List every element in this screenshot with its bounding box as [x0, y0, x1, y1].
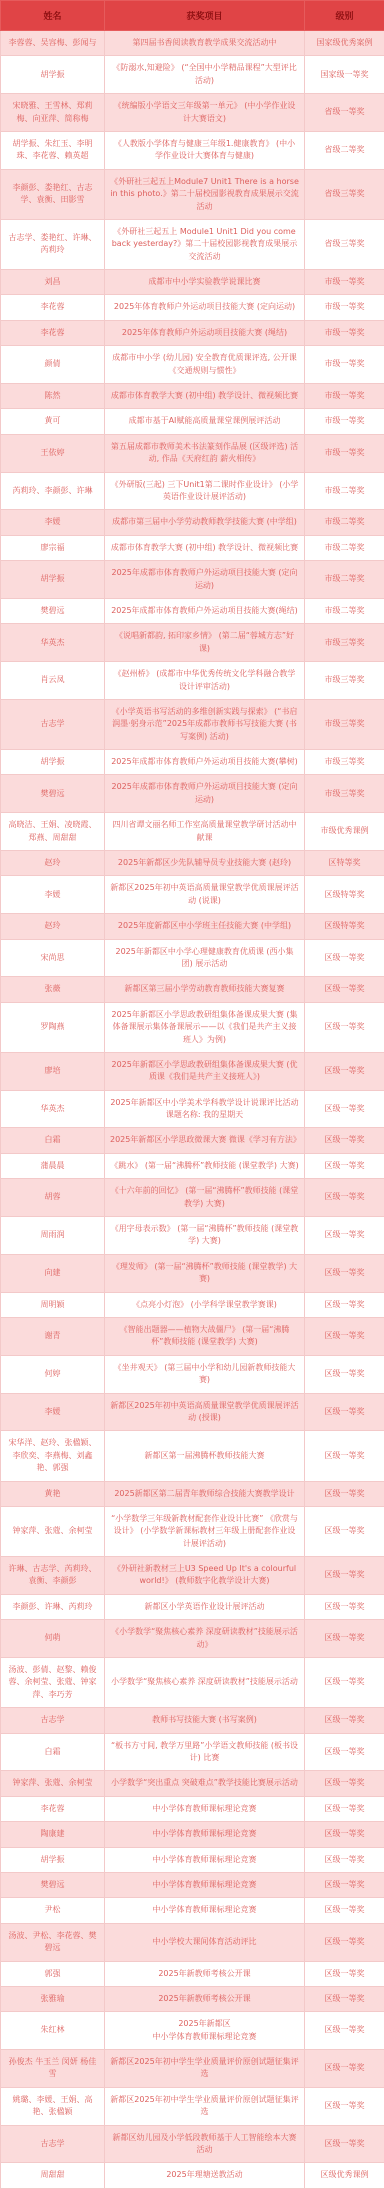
award-level-cell: 区级一等奖 [305, 1594, 384, 1619]
teacher-names-cell: 胡学振 [1, 56, 105, 94]
award-level-cell: 市级三等奖 [305, 750, 384, 775]
table-row: 向建 《理发师》 (第一届“沸腾杯”教师技能 (课堂教学) 大赛) 区级一等奖 [1, 1254, 384, 1292]
teacher-names-cell: 李媛 [1, 1393, 105, 1431]
award-project-cell: 《小学英语书写活动的多维创新实践与探索》 (“书启润墨·躬身示范”2025年成都… [105, 699, 305, 749]
column-header-project: 获奖项目 [105, 1, 305, 31]
teacher-names-cell: 李媛 [1, 876, 105, 914]
award-project-cell: 2025年成都市体育教师户外运动项目技能大赛(绳结) [105, 598, 305, 623]
teacher-names-cell: 古志学 [1, 2125, 105, 2163]
table-row: 胡蓉 《十六年前的回忆》 (第一届“沸腾杯”教师技能 (课堂教学) 大赛) 区级… [1, 1179, 384, 1217]
award-level-cell: 区级一等奖 [305, 1822, 384, 1847]
teacher-names-cell: 黄可 [1, 409, 105, 434]
award-project-cell: 成都市中小学 (幼儿园) 安全教育优质课评选, 公开课《交通规则与惯性》 [105, 346, 305, 384]
table-row: 李颜彭、许琳、芮莉玲 新都区小学英语作业设计展评活动 区级一等奖 [1, 1594, 384, 1619]
table-row: 古志学 新都区幼儿园及小学低段教师基于人工智能绘本大赛活动 区级一等奖 [1, 2125, 384, 2163]
teacher-names-cell: 汤波、尹松、李花蓉、樊碧远 [1, 1923, 105, 1961]
awards-table-body: 李蓉蓉、吴容梅、彭闻与 第四届书香阅读教育教学成果交流活动中 国家级优秀案例 胡… [1, 31, 384, 2189]
award-project-cell: 四川省谭文丽名师工作室高质量课堂教学研讨活动中献课 [105, 813, 305, 851]
teacher-names-cell: 白霜 [1, 1128, 105, 1153]
award-level-cell: 省级三等奖 [305, 169, 384, 219]
award-level-cell: 市级一等奖 [305, 346, 384, 384]
teacher-names-cell: 陈然 [1, 384, 105, 409]
award-project-cell: 第四届书香阅读教育教学成果交流活动中 [105, 31, 305, 56]
award-level-cell: 区级一等奖 [305, 1771, 384, 1796]
award-level-cell: 省级一等奖 [305, 94, 384, 132]
award-level-cell: 区级一等奖 [305, 2012, 384, 2050]
teacher-names-cell: 王依婷 [1, 434, 105, 472]
award-level-cell: 区级一等奖 [305, 1052, 384, 1090]
award-project-cell: 2025年新都区少先队辅导员专业技能大赛 (赵玲) [105, 851, 305, 876]
table-row: 周雨润 《用字母表示数》 (第一届“沸腾杯”教师技能 (课堂教学) 大赛) 区级… [1, 1217, 384, 1255]
table-row: 蒲晨晨 《跳水》 (第一届“沸腾杯”教师技能 (课堂教学) 大赛) 区级一等奖 [1, 1153, 384, 1178]
award-project-cell: 新都区2025年初中英语高质量课堂教学优质课展评活动 (说课) [105, 876, 305, 914]
award-level-cell: 市级一等奖 [305, 434, 384, 472]
award-project-cell: 2025年新都区 中小学体育教师课标理论竞赛 [105, 2012, 305, 2050]
teacher-names-cell: 黄艳 [1, 1481, 105, 1506]
award-project-cell: 2025年成都市体育教师户外运动项目技能大赛 (定向运动) [105, 561, 305, 599]
teacher-names-cell: 华英杰 [1, 1090, 105, 1128]
award-level-cell: 区级优秀课例 [305, 2163, 384, 2188]
teacher-names-cell: 宋晓雅、王雪林、郑莉梅、向亚萍、简称梅 [1, 94, 105, 132]
teacher-names-cell: 孙俊杰 牛玉兰 闵妍 杨佳雪 [1, 2050, 105, 2088]
teacher-names-cell: 赵玲 [1, 851, 105, 876]
award-project-cell: 《外研版(三起) 三下Unit1第二课时作业设计》 (小学英语作业设计展评活动) [105, 472, 305, 510]
table-row: 黄艳 2025新都区第二届青年教师综合技能大赛教学设计 区级一等奖 [1, 1481, 384, 1506]
award-project-cell: 中小学体育教师课标理论竞赛 [105, 1847, 305, 1872]
award-project-cell: 《赵州桥》 (成都市中华优秀传统文化学科融合教学设计评审活动) [105, 662, 305, 700]
teacher-names-cell: 古志学 [1, 1708, 105, 1733]
award-project-cell: 中小学体育教师课标理论竞赛 [105, 1872, 305, 1897]
teacher-names-cell: 胡学振 [1, 750, 105, 775]
teacher-names-cell: 周雨润 [1, 1217, 105, 1255]
award-level-cell: 区级特等奖 [305, 876, 384, 914]
award-level-cell: 市级三等奖 [305, 775, 384, 813]
award-project-cell: 《说唱新都韵, 拓印家乡情》 (第二届“蓉城方志”好课) [105, 624, 305, 662]
table-row: 胡学振 中小学体育教师课标理论竞赛 区级一等奖 [1, 1847, 384, 1872]
teacher-names-cell: 许琳、古志学、芮莉玲、袁衡、李颜彭 [1, 1557, 105, 1595]
award-level-cell: 区级一等奖 [305, 1217, 384, 1255]
table-row: 刘昌 成都市中小学实验教学说课比赛 市级一等奖 [1, 270, 384, 295]
table-row: 华英杰 2025年新都区中小学美术学科教学设计说课评比活动 课题名称: 我的星期… [1, 1090, 384, 1128]
table-row: 宋晓雅、王雪林、郑莉梅、向亚萍、简称梅 《统编版小学语文三年级第一单元》 (中小… [1, 94, 384, 132]
award-level-cell: 区级一等奖 [305, 1506, 384, 1556]
teacher-names-cell: 胡学振、朱红玉、李明珠、李花蓉、赖英超 [1, 131, 105, 169]
teacher-names-cell: 李花蓉 [1, 320, 105, 345]
award-project-cell: “小学数学三年级新教材配套作业设计比赛” 《欣赏与设计》 (小学数学新课标教材三… [105, 1506, 305, 1556]
teacher-names-cell: 古志学、娄艳红、许琳、芮莉玲 [1, 219, 105, 269]
teacher-names-cell: 钟家萍、张蔻、余柯莹 [1, 1506, 105, 1556]
award-project-cell: “板书方寸间, 教学万里路”小学语文教师技能 (板书设计) 比赛 [105, 1733, 305, 1771]
table-row: 尹松 中小学体育教师课标理论竞赛 区级一等奖 [1, 1898, 384, 1923]
award-level-cell: 市级一等奖 [305, 384, 384, 409]
award-level-cell: 区级一等奖 [305, 1179, 384, 1217]
award-project-cell: 《外研社新教材三上U3 Speed Up It's a colourful wo… [105, 1557, 305, 1595]
award-level-cell: 市级三等奖 [305, 699, 384, 749]
award-level-cell: 区级一等奖 [305, 1708, 384, 1733]
teacher-names-cell: 汤波、彭倩、赵黎、赖俊蓉、余柯莹、张蔻、钟家萍、李巧芳 [1, 1658, 105, 1708]
award-level-cell: 市级二等奖 [305, 598, 384, 623]
award-level-cell: 区级一等奖 [305, 1393, 384, 1431]
award-project-cell: 新都区第一届沸腾杯教师技能大赛 [105, 1431, 305, 1481]
teacher-names-cell: 樊碧远 [1, 1872, 105, 1897]
award-project-cell: 2025年体育教师户外运动项目技能大赛 (定向运动) [105, 295, 305, 320]
award-level-cell: 区级一等奖 [305, 1733, 384, 1771]
teacher-names-cell: 张薇 [1, 977, 105, 1002]
table-row: 李花蓉 2025年体育教师户外运动项目技能大赛 (定向运动) 市级一等奖 [1, 295, 384, 320]
award-level-cell: 市级一等奖 [305, 295, 384, 320]
table-row: 罗陶燕 2025年新都区小学思政教研组集体备课成果大赛 (集体备课展示集体备课展… [1, 1002, 384, 1052]
table-row: 李颜彭、娄艳红、古志学、袁衡、田影雪 《外研社三起五上Module7 Unit1… [1, 169, 384, 219]
teacher-names-cell: 张雅瑜 [1, 1986, 105, 2011]
award-level-cell: 区级一等奖 [305, 1796, 384, 1821]
award-level-cell: 市级优秀课例 [305, 813, 384, 851]
award-level-cell: 区级一等奖 [305, 1557, 384, 1595]
teacher-names-cell: 李颜彭、许琳、芮莉玲 [1, 1594, 105, 1619]
teacher-names-cell: 郭强 [1, 1961, 105, 1986]
table-row: 姚璐、李媛、王娟、高艳、张楹颖 新都区2025年初中学生学业质量评价原创试题征集… [1, 2087, 384, 2125]
table-row: 樊碧远 2025年成都市体育教师户外运动项目技能大赛 (定向运动) 市级三等奖 [1, 775, 384, 813]
teacher-names-cell: 周明颖 [1, 1292, 105, 1317]
table-row: 何萌 《小学数学“聚焦核心素养 深度研读教材”技能展示活动》 区级一等奖 [1, 1620, 384, 1658]
award-level-cell: 区级一等奖 [305, 1355, 384, 1393]
table-row: 高晓洁、王娟、凌晓霞、郑燕、周甜甜 四川省谭文丽名师工作室高质量课堂教学研讨活动… [1, 813, 384, 851]
award-level-cell: 市级二等奖 [305, 535, 384, 560]
teacher-names-cell: 刘昌 [1, 270, 105, 295]
table-row: 肖云凤 《赵州桥》 (成都市中华优秀传统文化学科融合教学设计评审活动) 市级三等… [1, 662, 384, 700]
award-level-cell: 国家级优秀案例 [305, 31, 384, 56]
award-project-cell: 《用字母表示数》 (第一届“沸腾杯”教师技能 (课堂教学) 大赛) [105, 1217, 305, 1255]
award-project-cell: 新都区第三届小学劳动教育教师技能大赛复赛 [105, 977, 305, 1002]
table-row: 张薇 新都区第三届小学劳动教育教师技能大赛复赛 区级一等奖 [1, 977, 384, 1002]
award-project-cell: 小学数学“聚焦核心素养 深度研读教材”技能展示活动 [105, 1658, 305, 1708]
table-row: 周甜甜 2025年理塘送教活动 区级优秀课例 [1, 2163, 384, 2188]
award-level-cell: 市级三等奖 [305, 662, 384, 700]
award-project-cell: 《统编版小学语文三年级第一单元》 (中小学作业设计大赛语文) [105, 94, 305, 132]
award-level-cell: 市级一等奖 [305, 409, 384, 434]
teacher-names-cell: 肖云凤 [1, 662, 105, 700]
teacher-names-cell: 樊碧远 [1, 775, 105, 813]
table-row: 钟家萍、张蔻、余柯莹 “小学数学三年级新教材配套作业设计比赛” 《欣赏与设计》 … [1, 1506, 384, 1556]
teacher-names-cell: 胡学振 [1, 561, 105, 599]
teacher-names-cell: 李颜彭、娄艳红、古志学、袁衡、田影雪 [1, 169, 105, 219]
award-level-cell: 区级一等奖 [305, 1128, 384, 1153]
award-project-cell: 教师书写技能大赛 (书写案例) [105, 1708, 305, 1733]
table-row: 白霜 “板书方寸间, 教学万里路”小学语文教师技能 (板书设计) 比赛 区级一等… [1, 1733, 384, 1771]
column-header-names: 姓名 [1, 1, 105, 31]
teacher-names-cell: 胡学振 [1, 1847, 105, 1872]
table-row: 胡学振 2025年成都市体育教师户外运动项目技能大赛(攀树) 市级三等奖 [1, 750, 384, 775]
teacher-names-cell: 华英杰 [1, 624, 105, 662]
award-project-cell: 2025年成都市体育教师户外运动项目技能大赛 (定向运动) [105, 775, 305, 813]
award-project-cell: 《点亮小灯泡》 (小学科学课堂教学赛课) [105, 1292, 305, 1317]
award-level-cell: 区级一等奖 [305, 977, 384, 1002]
teacher-names-cell: 周甜甜 [1, 2163, 105, 2188]
table-row: 汤波、尹松、李花蓉、樊碧远 中小学校大课间体育活动评比 区级一等奖 [1, 1923, 384, 1961]
award-level-cell: 区级一等奖 [305, 1620, 384, 1658]
teacher-names-cell: 古志学 [1, 699, 105, 749]
award-project-cell: 成都市基于AI赋能高质量课堂课例展评活动 [105, 409, 305, 434]
header-row: 姓名 获奖项目 级别 [1, 1, 384, 31]
award-level-cell: 区级一等奖 [305, 2125, 384, 2163]
teacher-names-cell: 廖培 [1, 1052, 105, 1090]
award-project-cell: 《十六年前的回忆》 (第一届“沸腾杯”教师技能 (课堂教学) 大赛) [105, 1179, 305, 1217]
award-project-cell: 《智能出题器——植物大战僵尸》 (第一届“沸腾杯”教师技能 (课堂教学) 大赛) [105, 1318, 305, 1356]
award-level-cell: 区级特等奖 [305, 914, 384, 939]
teacher-names-cell: 何萌 [1, 1620, 105, 1658]
teacher-names-cell: 李媛 [1, 510, 105, 535]
award-level-cell: 区级一等奖 [305, 2087, 384, 2125]
award-project-cell: 成都市体育教学大赛 (初中组) 教学设计、微视频比赛 [105, 384, 305, 409]
teacher-names-cell: 朱红林 [1, 2012, 105, 2050]
award-project-cell: 《坐井观天》 (第三届中小学和幼儿园新教师技能大赛) [105, 1355, 305, 1393]
table-row: 颜倩 成都市中小学 (幼儿园) 安全教育优质课评选, 公开课《交通规则与惯性》 … [1, 346, 384, 384]
teacher-names-cell: 李蓉蓉、吴容梅、彭闻与 [1, 31, 105, 56]
award-level-cell: 区级一等奖 [305, 1254, 384, 1292]
teacher-names-cell: 胡蓉 [1, 1179, 105, 1217]
award-project-cell: 《外研社三起五上 Module1 Unit1 Did you come back… [105, 219, 305, 269]
table-row: 廖培 2025年新都区小学思政教研组集体备课成果大赛 (优质课《我们是共产主义接… [1, 1052, 384, 1090]
table-row: 李花蓉 2025年体育教师户外运动项目技能大赛 (绳结) 市级一等奖 [1, 320, 384, 345]
award-project-cell: 成都市中小学实验教学说课比赛 [105, 270, 305, 295]
award-project-cell: 《理发师》 (第一届“沸腾杯”教师技能 (课堂教学) 大赛) [105, 1254, 305, 1292]
award-project-cell: 2025年新都区小学思政教研组集体备课成果大赛 (优质课《我们是共产主义接班人》… [105, 1052, 305, 1090]
teacher-names-cell: 向建 [1, 1254, 105, 1292]
table-row: 古志学 《小学英语书写活动的多维创新实践与探索》 (“书启润墨·躬身示范”202… [1, 699, 384, 749]
table-row: 胡学振、朱红玉、李明珠、李花蓉、赖英超 《人教版小学体育与健康三年级1.健康教育… [1, 131, 384, 169]
award-level-cell: 市级二等奖 [305, 510, 384, 535]
teacher-names-cell: 何婷 [1, 1355, 105, 1393]
teacher-names-cell: 樊碧远 [1, 598, 105, 623]
award-project-cell: 2025年度新都区中小学班主任技能大赛 (中学组) [105, 914, 305, 939]
table-row: 李花蓉 中小学体育教师课标理论竞赛 区级一等奖 [1, 1796, 384, 1821]
award-project-cell: 《小学数学“聚焦核心素养 深度研读教材”技能展示活动》 [105, 1620, 305, 1658]
award-project-cell: 2025年新教师考核公开课 [105, 1986, 305, 2011]
teacher-names-cell: 陶康建 [1, 1822, 105, 1847]
table-row: 宋尚思 2025年新都区中小学心理健康教育优质课 (西小集团) 展示活动 区级一… [1, 939, 384, 977]
award-level-cell: 市级二等奖 [305, 472, 384, 510]
teacher-names-cell: 廖宗福 [1, 535, 105, 560]
table-row: 樊碧远 2025年成都市体育教师户外运动项目技能大赛(绳结) 市级二等奖 [1, 598, 384, 623]
table-row: 白霜 2025年新都区小学思政微课大赛 微课《学习有方法》 区级一等奖 [1, 1128, 384, 1153]
award-project-cell: 成都市体育教学大赛 (初中组) 教学设计、微视频比赛 [105, 535, 305, 560]
table-row: 芮莉玲、李颜彭、许琳 《外研版(三起) 三下Unit1第二课时作业设计》 (小学… [1, 472, 384, 510]
award-level-cell: 区级一等奖 [305, 1898, 384, 1923]
column-header-level: 级别 [305, 1, 384, 31]
award-project-cell: 2025年新教师考核公开课 [105, 1961, 305, 1986]
table-row: 谢青 《智能出题器——植物大战僵尸》 (第一届“沸腾杯”教师技能 (课堂教学) … [1, 1318, 384, 1356]
award-project-cell: 新都区2025年初中学生学业质量评价原创试题征集评选 [105, 2087, 305, 2125]
award-project-cell: 成都市第三届中小学劳动教师教学技能大赛 (中学组) [105, 510, 305, 535]
table-row: 华英杰 《说唱新都韵, 拓印家乡情》 (第二届“蓉城方志”好课) 市级三等奖 [1, 624, 384, 662]
award-level-cell: 区级一等奖 [305, 1847, 384, 1872]
award-level-cell: 市级二等奖 [305, 561, 384, 599]
award-project-cell: 2025年理塘送教活动 [105, 2163, 305, 2188]
award-level-cell: 国家级一等奖 [305, 56, 384, 94]
award-level-cell: 区级一等奖 [305, 1923, 384, 1961]
award-level-cell: 市级一等奖 [305, 270, 384, 295]
table-row: 孙俊杰 牛玉兰 闵妍 杨佳雪 新都区2025年初中学生学业质量评价原创试题征集评… [1, 2050, 384, 2088]
teacher-names-cell: 李花蓉 [1, 1796, 105, 1821]
teacher-names-cell: 罗陶燕 [1, 1002, 105, 1052]
award-project-cell: 小学数学“突出重点 突破难点”教学技能比赛展示活动 [105, 1771, 305, 1796]
table-row: 古志学、娄艳红、许琳、芮莉玲 《外研社三起五上 Module1 Unit1 Di… [1, 219, 384, 269]
teacher-names-cell: 姚璐、李媛、王娟、高艳、张楹颖 [1, 2087, 105, 2125]
award-project-cell: 新都区2025年初中英语高质量课堂教学优质课展评活动 (授课) [105, 1393, 305, 1431]
awards-table: 姓名 获奖项目 级别 李蓉蓉、吴容梅、彭闻与 第四届书香阅读教育教学成果交流活动… [0, 0, 384, 2189]
award-project-cell: 新都区小学英语作业设计展评活动 [105, 1594, 305, 1619]
teacher-names-cell: 颜倩 [1, 346, 105, 384]
award-project-cell: 中小学校大课间体育活动评比 [105, 1923, 305, 1961]
award-level-cell: 区级一等奖 [305, 2050, 384, 2088]
teacher-names-cell: 高晓洁、王娟、凌晓霞、郑燕、周甜甜 [1, 813, 105, 851]
teacher-names-cell: 白霜 [1, 1733, 105, 1771]
award-level-cell: 区级一等奖 [305, 1431, 384, 1481]
award-level-cell: 区级一等奖 [305, 1872, 384, 1897]
table-row: 陈然 成都市体育教学大赛 (初中组) 教学设计、微视频比赛 市级一等奖 [1, 384, 384, 409]
award-level-cell: 区级一等奖 [305, 1658, 384, 1708]
award-project-cell: 中小学体育教师课标理论竞赛 [105, 1796, 305, 1821]
table-row: 钟家萍、张蔻、余柯莹 小学数学“突出重点 突破难点”教学技能比赛展示活动 区级一… [1, 1771, 384, 1796]
award-level-cell: 区级一等奖 [305, 1961, 384, 1986]
teacher-names-cell: 宋华洋、赵玲、张楹颖、李欣奕、李燕梅、刘鑫艳、郭强 [1, 1431, 105, 1481]
table-row: 樊碧远 中小学体育教师课标理论竞赛 区级一等奖 [1, 1872, 384, 1897]
award-level-cell: 省级二等奖 [305, 131, 384, 169]
teacher-names-cell: 蒲晨晨 [1, 1153, 105, 1178]
award-level-cell: 区级一等奖 [305, 1090, 384, 1128]
award-project-cell: 《人教版小学体育与健康三年级1.健康教育》 (中小学作业设计大赛体育与健康) [105, 131, 305, 169]
award-project-cell: 《防溺水,知避险》 (“全国中小学精品课程”大型评比活动) [105, 56, 305, 94]
teacher-names-cell: 宋尚思 [1, 939, 105, 977]
award-project-cell: 2025年成都市体育教师户外运动项目技能大赛(攀树) [105, 750, 305, 775]
table-row: 胡学振 《防溺水,知避险》 (“全国中小学精品课程”大型评比活动) 国家级一等奖 [1, 56, 384, 94]
table-row: 宋华洋、赵玲、张楹颖、李欣奕、李燕梅、刘鑫艳、郭强 新都区第一届沸腾杯教师技能大… [1, 1431, 384, 1481]
table-row: 李媛 成都市第三届中小学劳动教师教学技能大赛 (中学组) 市级二等奖 [1, 510, 384, 535]
award-project-cell: 第五届成都市教师美术书法篆刻作品展 (区级评选) 活动, 作品《天府红韵 薪火相… [105, 434, 305, 472]
award-project-cell: 2025年体育教师户外运动项目技能大赛 (绳结) [105, 320, 305, 345]
award-level-cell: 区级一等奖 [305, 1002, 384, 1052]
awards-table-header: 姓名 获奖项目 级别 [1, 1, 384, 31]
award-project-cell: 2025年新都区小学思政微课大赛 微课《学习有方法》 [105, 1128, 305, 1153]
teacher-names-cell: 谢青 [1, 1318, 105, 1356]
award-level-cell: 区特等奖 [305, 851, 384, 876]
award-level-cell: 市级一等奖 [305, 320, 384, 345]
table-row: 古志学 教师书写技能大赛 (书写案例) 区级一等奖 [1, 1708, 384, 1733]
award-project-cell: 中小学体育教师课标理论竞赛 [105, 1898, 305, 1923]
award-level-cell: 区级一等奖 [305, 1153, 384, 1178]
teacher-names-cell: 芮莉玲、李颜彭、许琳 [1, 472, 105, 510]
table-row: 赵玲 2025年新都区少先队辅导员专业技能大赛 (赵玲) 区特等奖 [1, 851, 384, 876]
table-row: 李媛 新都区2025年初中英语高质量课堂教学优质课展评活动 (说课) 区级特等奖 [1, 876, 384, 914]
table-row: 胡学振 2025年成都市体育教师户外运动项目技能大赛 (定向运动) 市级二等奖 [1, 561, 384, 599]
award-project-cell: 新都区2025年初中学生学业质量评价原创试题征集评选 [105, 2050, 305, 2088]
table-row: 黄可 成都市基于AI赋能高质量课堂课例展评活动 市级一等奖 [1, 409, 384, 434]
award-project-cell: 新都区幼儿园及小学低段教师基于人工智能绘本大赛活动 [105, 2125, 305, 2163]
table-row: 张雅瑜 2025年新教师考核公开课 区级一等奖 [1, 1986, 384, 2011]
table-row: 周明颖 《点亮小灯泡》 (小学科学课堂教学赛课) 区级一等奖 [1, 1292, 384, 1317]
table-row: 郭强 2025年新教师考核公开课 区级一等奖 [1, 1961, 384, 1986]
award-project-cell: 中小学体育教师课标理论竞赛 [105, 1822, 305, 1847]
teacher-names-cell: 李花蓉 [1, 295, 105, 320]
teacher-names-cell: 赵玲 [1, 914, 105, 939]
table-row: 王依婷 第五届成都市教师美术书法篆刻作品展 (区级评选) 活动, 作品《天府红韵… [1, 434, 384, 472]
table-row: 李蓉蓉、吴容梅、彭闻与 第四届书香阅读教育教学成果交流活动中 国家级优秀案例 [1, 31, 384, 56]
table-row: 赵玲 2025年度新都区中小学班主任技能大赛 (中学组) 区级特等奖 [1, 914, 384, 939]
table-row: 李媛 新都区2025年初中英语高质量课堂教学优质课展评活动 (授课) 区级一等奖 [1, 1393, 384, 1431]
table-row: 朱红林 2025年新都区 中小学体育教师课标理论竞赛 区级一等奖 [1, 2012, 384, 2050]
teacher-names-cell: 钟家萍、张蔻、余柯莹 [1, 1771, 105, 1796]
award-project-cell: 2025年新都区中小学美术学科教学设计说课评比活动 课题名称: 我的星期天 [105, 1090, 305, 1128]
award-level-cell: 市级三等奖 [305, 624, 384, 662]
table-row: 陶康建 中小学体育教师课标理论竞赛 区级一等奖 [1, 1822, 384, 1847]
award-level-cell: 区级一等奖 [305, 939, 384, 977]
award-level-cell: 区级一等奖 [305, 1481, 384, 1506]
award-project-cell: 2025年新都区小学思政教研组集体备课成果大赛 (集体备课展示集体备课展示——以… [105, 1002, 305, 1052]
award-project-cell: 2025新都区第二届青年教师综合技能大赛教学设计 [105, 1481, 305, 1506]
award-level-cell: 区级一等奖 [305, 1318, 384, 1356]
award-level-cell: 区级一等奖 [305, 1986, 384, 2011]
teacher-names-cell: 尹松 [1, 1898, 105, 1923]
table-row: 汤波、彭倩、赵黎、赖俊蓉、余柯莹、张蔻、钟家萍、李巧芳 小学数学“聚焦核心素养 … [1, 1658, 384, 1708]
table-row: 何婷 《坐井观天》 (第三届中小学和幼儿园新教师技能大赛) 区级一等奖 [1, 1355, 384, 1393]
award-project-cell: 2025年新都区中小学心理健康教育优质课 (西小集团) 展示活动 [105, 939, 305, 977]
table-row: 廖宗福 成都市体育教学大赛 (初中组) 教学设计、微视频比赛 市级二等奖 [1, 535, 384, 560]
award-level-cell: 省级三等奖 [305, 219, 384, 269]
award-project-cell: 《跳水》 (第一届“沸腾杯”教师技能 (课堂教学) 大赛) [105, 1153, 305, 1178]
award-level-cell: 区级一等奖 [305, 1292, 384, 1317]
award-project-cell: 《外研社三起五上Module7 Unit1 There is a horse i… [105, 169, 305, 219]
table-row: 许琳、古志学、芮莉玲、袁衡、李颜彭 《外研社新教材三上U3 Speed Up I… [1, 1557, 384, 1595]
